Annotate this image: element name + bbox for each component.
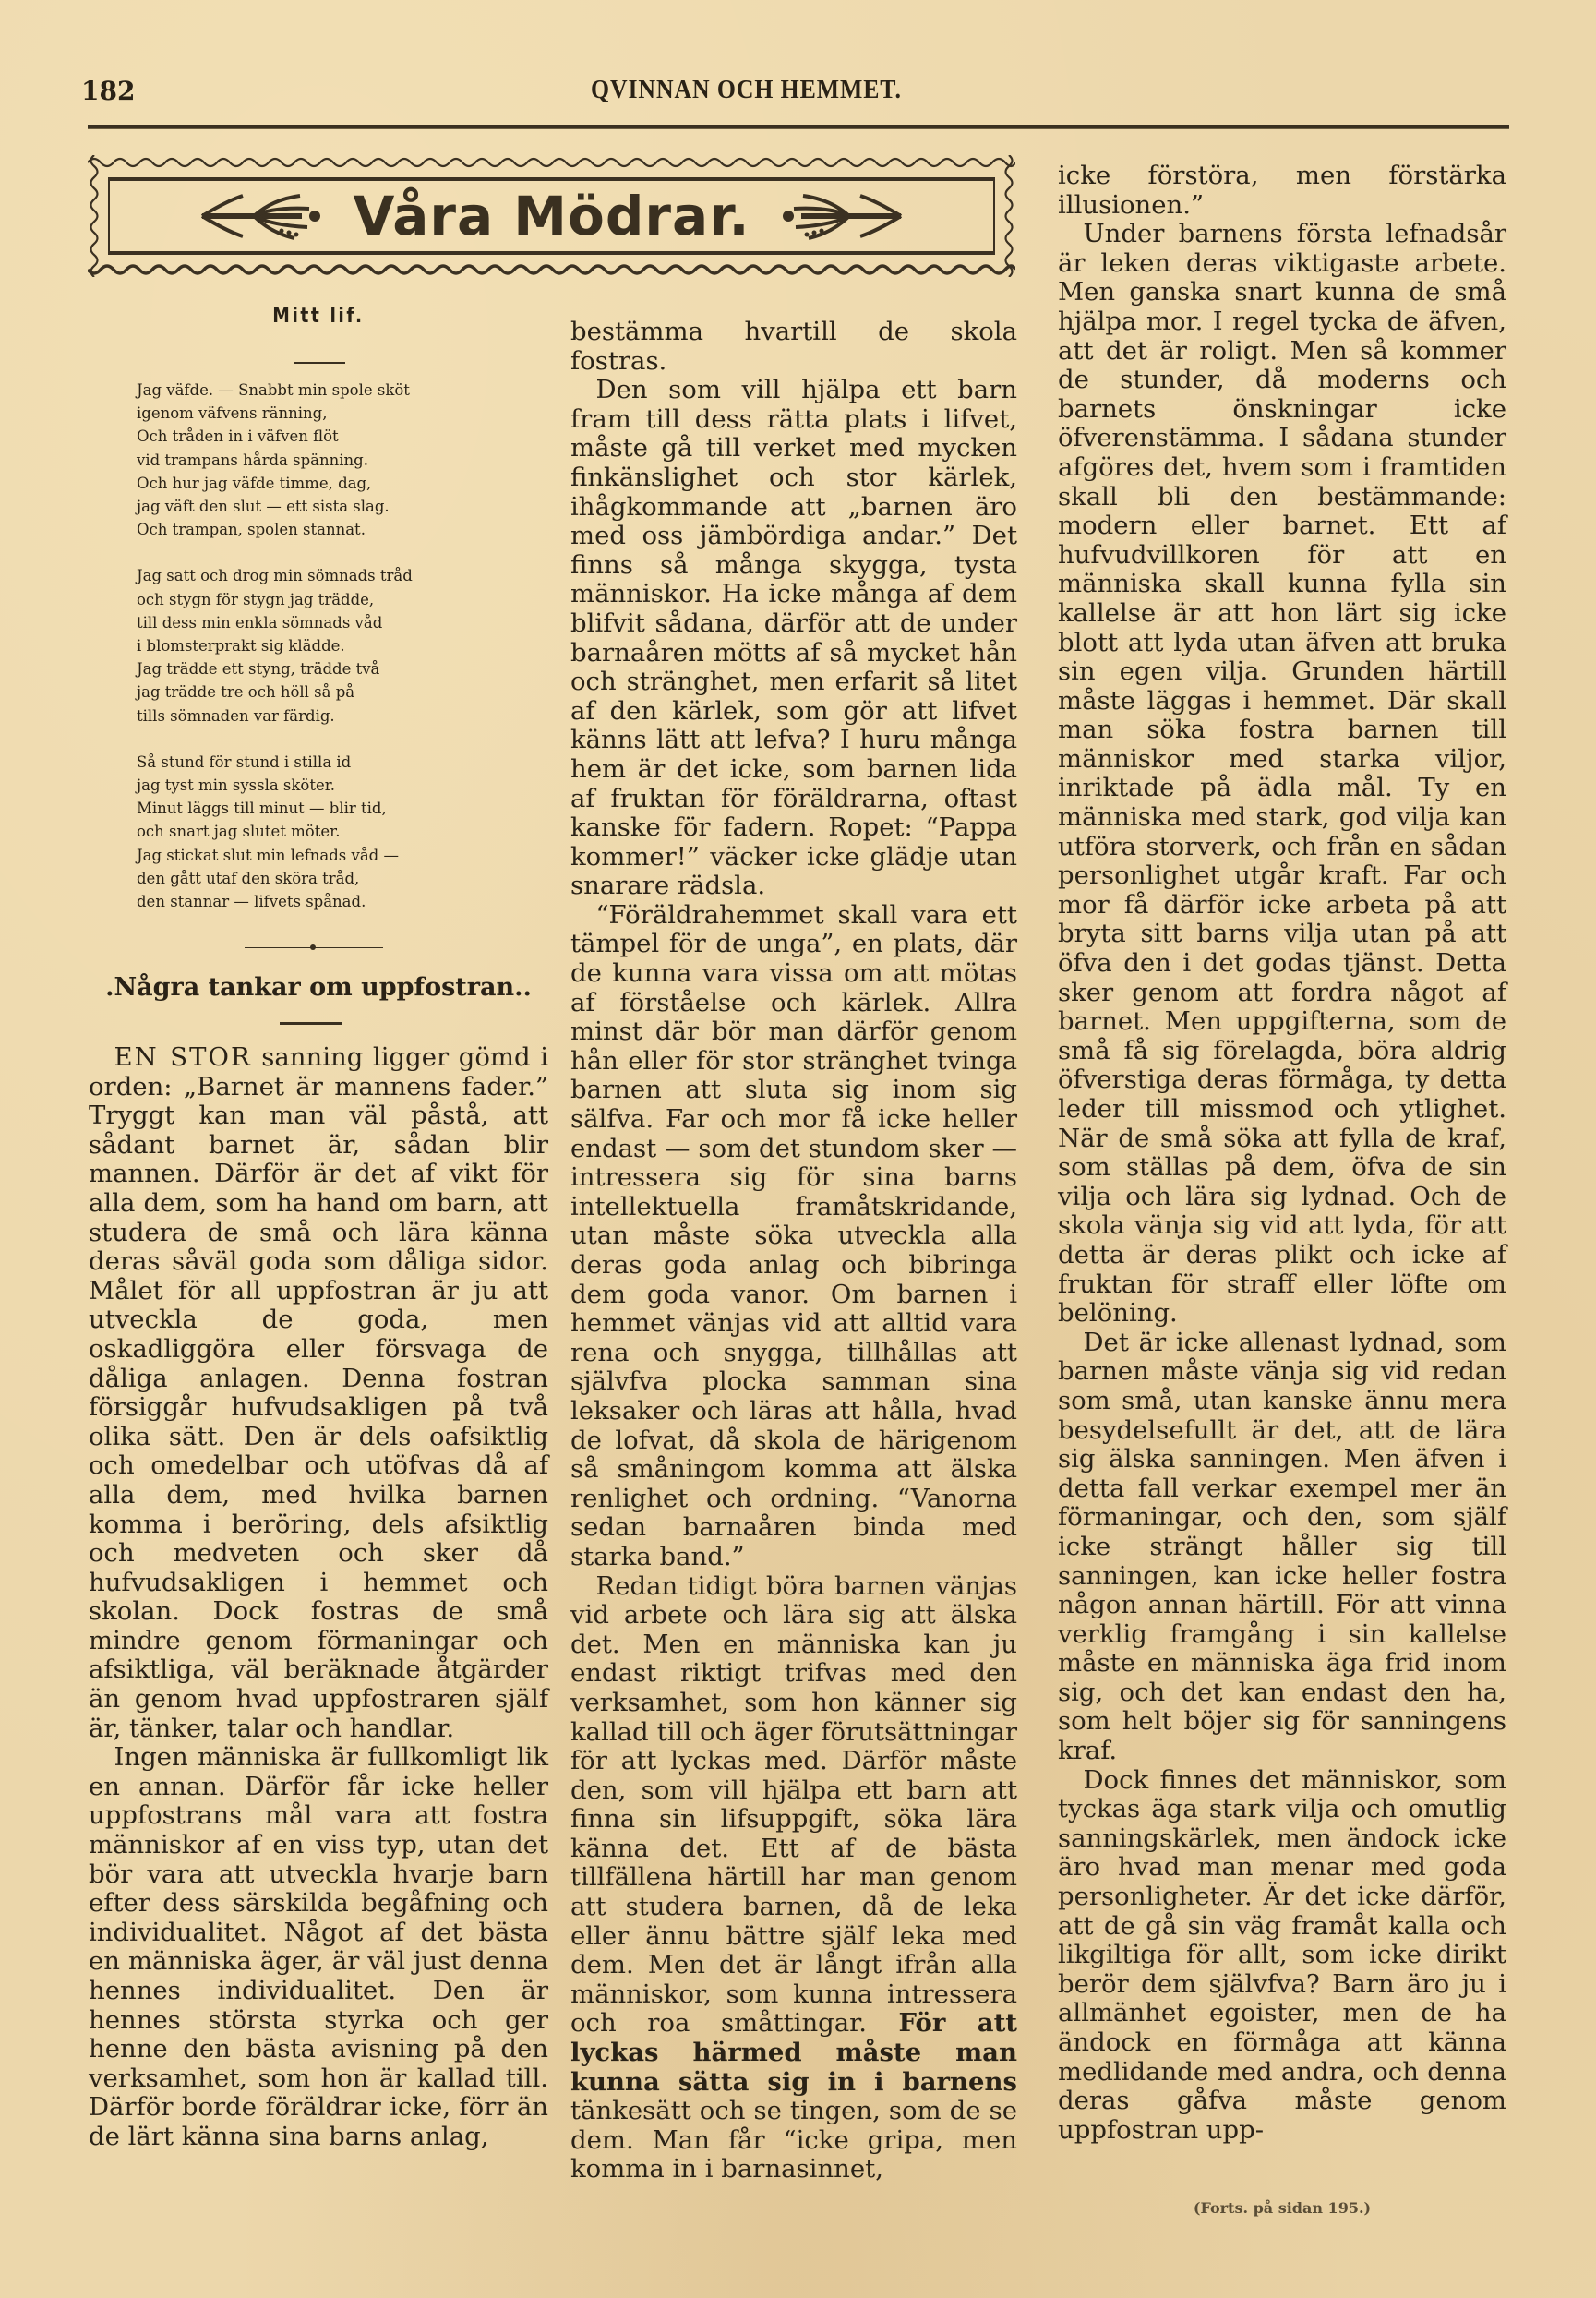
article-paragraph: Den som vill hjälpa ett barn fram till d… (570, 376, 1017, 901)
wheat-ornament-right-icon (775, 188, 905, 244)
section-banner: Våra Mödrar. (88, 155, 1015, 277)
article-paragraph: Under barnens första lefnadsår är leken … (1058, 220, 1506, 1329)
poem-line: Och hur jag väfde timme, dag, (137, 472, 543, 495)
poem-stanza: Så stund för stund i stilla id jag tyst … (137, 751, 543, 913)
article-paragraph: Redan tidigt böra barnen vänjas vid arbe… (570, 1572, 1017, 2184)
banner-title: Våra Mödrar. (354, 185, 750, 247)
poem-line: den stannar — lifvets spånad. (137, 890, 543, 913)
page-number: 182 (81, 76, 135, 106)
running-title: QVINNAN OCH HEMMET. (591, 76, 902, 105)
poem-line: och stygn för stygn jag trädde, (137, 588, 543, 611)
poem-line: till dess min enkla sömnads våd (137, 611, 543, 634)
poem-line: vid trampans hårda spänning. (137, 449, 543, 472)
poem-line: och snart jag slutet möter. (137, 820, 543, 843)
continuation-note: (Forts. på sidan 195.) (1058, 2199, 1506, 2217)
paragraph-text: Redan tidigt böra barnen vänjas vid arbe… (570, 1571, 1017, 2039)
article-paragraph: Dock finnes det människor, som tyckas äg… (1058, 1766, 1506, 2146)
paragraph-text: tänkesätt och se tingen, som de se dem. … (570, 2096, 1017, 2184)
poem-line: igenom väfvens ränning, (137, 402, 543, 425)
poem-line: Och trampan, spolen stannat. (137, 518, 543, 541)
banner-frame: Våra Mödrar. (108, 177, 995, 255)
paragraph-lead: EN STOR (114, 1042, 252, 1072)
article-paragraph: bestämma hvartill de skola fostras. (570, 318, 1017, 376)
poem-line: Jag trädde ett styng, trädde två (137, 657, 543, 680)
wave-border-right-icon (1002, 155, 1015, 277)
poem-title-rule (294, 362, 345, 364)
poem-line: Jag väfde. — Snabbt min spole sköt (137, 379, 543, 402)
article-title-rule (280, 1022, 342, 1025)
poem-line: jag tyst min syssla sköter. (137, 774, 543, 797)
poem-line: Och tråden in i väfven flöt (137, 425, 543, 448)
poem-stanza: Jag satt och drog min sömnads tråd och s… (137, 564, 543, 727)
poem-line: jag väft den slut — ett sista slag. (137, 495, 543, 518)
wave-border-left-icon (88, 155, 101, 277)
wave-border-bottom-icon (88, 264, 1015, 277)
poem-line: jag trädde tre och höll så på (137, 680, 543, 704)
wheat-ornament-left-icon (198, 188, 328, 244)
poem: Jag väfde. — Snabbt min spole sköt igeno… (137, 379, 543, 936)
article-title: .Några tankar om uppfostran.. (89, 973, 548, 1002)
paragraph-text: sanning ligger gömd i orden: „Barnet är … (89, 1042, 548, 1743)
article-column-right: icke förstöra, men förstärka illusionen.… (1058, 162, 1506, 2145)
poem-line: Minut läggs till minut — blir tid, (137, 797, 543, 820)
wave-border-top-icon (88, 155, 1015, 168)
poem-line: Så stund för stund i stilla id (137, 751, 543, 774)
section-divider (245, 947, 383, 948)
poem-line: tills sömnaden var färdig. (137, 704, 543, 728)
poem-line: den gått utaf den sköra tråd, (137, 867, 543, 890)
poem-stanza: Jag väfde. — Snabbt min spole sköt igeno… (137, 379, 543, 541)
poem-line: Jag satt och drog min sömnads tråd (137, 564, 543, 587)
poem-line: Jag stickat slut min lefnads våd — (137, 844, 543, 867)
article-column-left: EN STOR sanning ligger gömd i orden: „Ba… (89, 1043, 548, 2152)
article-paragraph: Ingen människa är fullkomligt lik en ann… (89, 1743, 548, 2151)
article-paragraph: EN STOR sanning ligger gömd i orden: „Ba… (89, 1043, 548, 1743)
poem-title: Mitt lif. (123, 305, 513, 328)
poem-line: i blomsterprakt sig klädde. (137, 634, 543, 657)
header-rule (88, 125, 1509, 129)
article-paragraph: icke förstöra, men förstärka illusionen.… (1058, 162, 1506, 220)
article-column-middle: bestämma hvartill de skola fostras. Den … (570, 318, 1017, 2184)
article-paragraph: “Föräldrahemmet skall vara ett tämpel fö… (570, 901, 1017, 1572)
article-paragraph: Det är icke allenast lydnad, som barnen … (1058, 1329, 1506, 1766)
